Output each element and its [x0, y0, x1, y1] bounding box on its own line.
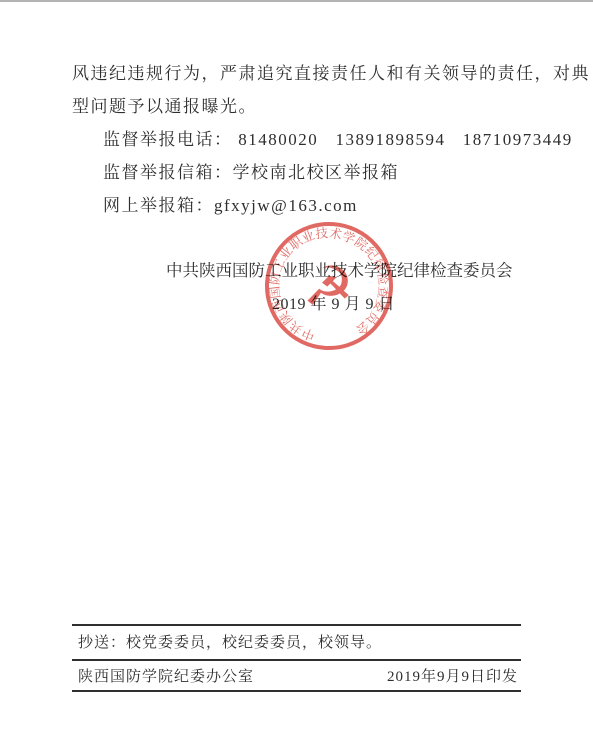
hammer-sickle-icon: ☭	[302, 253, 357, 321]
cc-line: 抄送：校党委委员，校纪委委员，校领导。	[78, 634, 518, 652]
body-line: 风违纪违规行为，严肃追究直接责任人和有关领导的责任，对典	[72, 64, 542, 83]
document-page: 风违纪违规行为，严肃追究直接责任人和有关领导的责任，对典 型问题予以通报曝光。 …	[0, 0, 593, 742]
body-line: 型问题予以通报曝光。	[72, 97, 542, 116]
print-date: 2019年9月9日印发	[387, 668, 518, 686]
issuer-name: 陕西国防学院纪委办公室	[78, 668, 254, 686]
footer-divider	[72, 690, 521, 692]
footer-divider	[72, 624, 521, 626]
online-mailbox-line: 网上举报箱：gfxyjw@163.com	[103, 196, 543, 215]
scan-top-edge	[0, 0, 593, 2]
official-seal: 中共陕西国防工业职业技术学院纪律检查委员会 ☭	[254, 211, 403, 360]
footer-divider	[72, 659, 521, 661]
issuer-row: 陕西国防学院纪委办公室 2019年9月9日印发	[78, 668, 518, 686]
report-phone-line: 监督举报电话： 81480020 13891898594 18710973449	[103, 130, 543, 149]
report-mailbox-line: 监督举报信箱：学校南北校区举报箱	[103, 163, 543, 182]
